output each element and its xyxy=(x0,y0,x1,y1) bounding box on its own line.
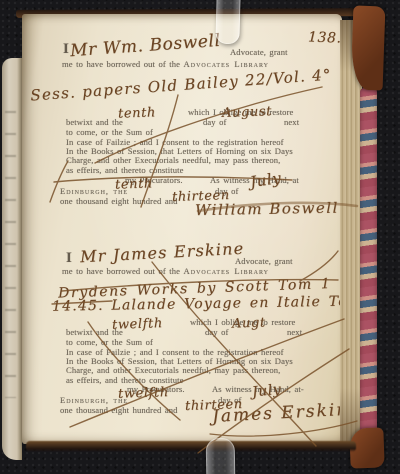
form2-opening-I: I xyxy=(66,250,72,267)
form1-due-day-handwriting: tenth xyxy=(118,105,156,121)
form2-library-name: Advocates Library xyxy=(184,266,269,276)
previous-page-edge xyxy=(2,58,22,460)
book-strap-top xyxy=(215,0,240,44)
form2-sum-line: to come, or the Sum of xyxy=(66,337,153,347)
form2-day-of: day of xyxy=(205,327,229,337)
form1-signature: William Boswell xyxy=(195,199,339,220)
form1-borrower-handwriting: Mr Wm. Boswell xyxy=(69,31,221,61)
form1-borrowed-pre: me to have borrowed out of the xyxy=(62,59,180,69)
form1-sum-line: to come, or the Sum of xyxy=(66,127,153,137)
form1-year-line: one thousand eight hundred and xyxy=(60,196,178,206)
form1-signed-month-handwriting: July xyxy=(249,169,283,191)
form2-advocate-grant: Advocate, grant xyxy=(235,256,293,266)
marbled-endpaper-edge xyxy=(360,88,377,448)
leather-corner-top-right xyxy=(351,5,386,90)
form1-book-title-handwriting: Sess. papers Old Bailey 22/Vol. 4° xyxy=(30,65,333,104)
page-bottom-shadow xyxy=(26,441,356,452)
form1-due-month-handwriting: August xyxy=(222,104,272,121)
register-page: I Mr Wm. Boswell Advocate, grant 138. me… xyxy=(22,14,342,444)
form2-year-line: one thousand eight hundred and xyxy=(60,405,178,415)
form2-signed-month-handwriting: July xyxy=(251,382,282,401)
form1-advocate-grant: Advocate, grant xyxy=(230,47,288,57)
form1-charge-line: Charge, and other Executorials needful, … xyxy=(66,155,280,165)
showthrough-text xyxy=(5,98,16,398)
form1-next: next xyxy=(284,117,299,127)
form1-opening-I: I xyxy=(63,41,69,58)
form2-due-month-handwriting: Augt xyxy=(232,315,266,331)
form1-effeirs-line: as effeirs, and thereto constitute xyxy=(66,165,184,175)
form2-signed-day-handwriting: twelfth xyxy=(118,385,169,402)
form1-betwixt: betwixt and the xyxy=(66,117,123,127)
photo-of-register-page: I Mr Wm. Boswell Advocate, grant 138. me… xyxy=(0,0,400,474)
form1-borrowed-line: me to have borrowed out of the Advocates… xyxy=(62,59,269,69)
form2-borrowed-pre: me to have borrowed out of the xyxy=(62,266,180,276)
form1-library-name: Advocates Library xyxy=(184,59,269,69)
form1-signed-day-handwriting: tenth xyxy=(115,176,153,192)
form2-due-day-handwriting: twelfth xyxy=(112,316,163,333)
form2-next: next xyxy=(287,327,302,337)
form2-borrowed-line: me to have borrowed out of the Advocates… xyxy=(62,266,269,276)
form2-borrower-handwriting: Mr James Erskine xyxy=(80,239,245,267)
form2-charge-line: Charge, and other Executorials needful, … xyxy=(66,365,280,375)
book-strap-bottom xyxy=(206,438,236,474)
fore-edge-page-stack xyxy=(340,20,362,448)
page-number: 138. xyxy=(308,29,342,46)
